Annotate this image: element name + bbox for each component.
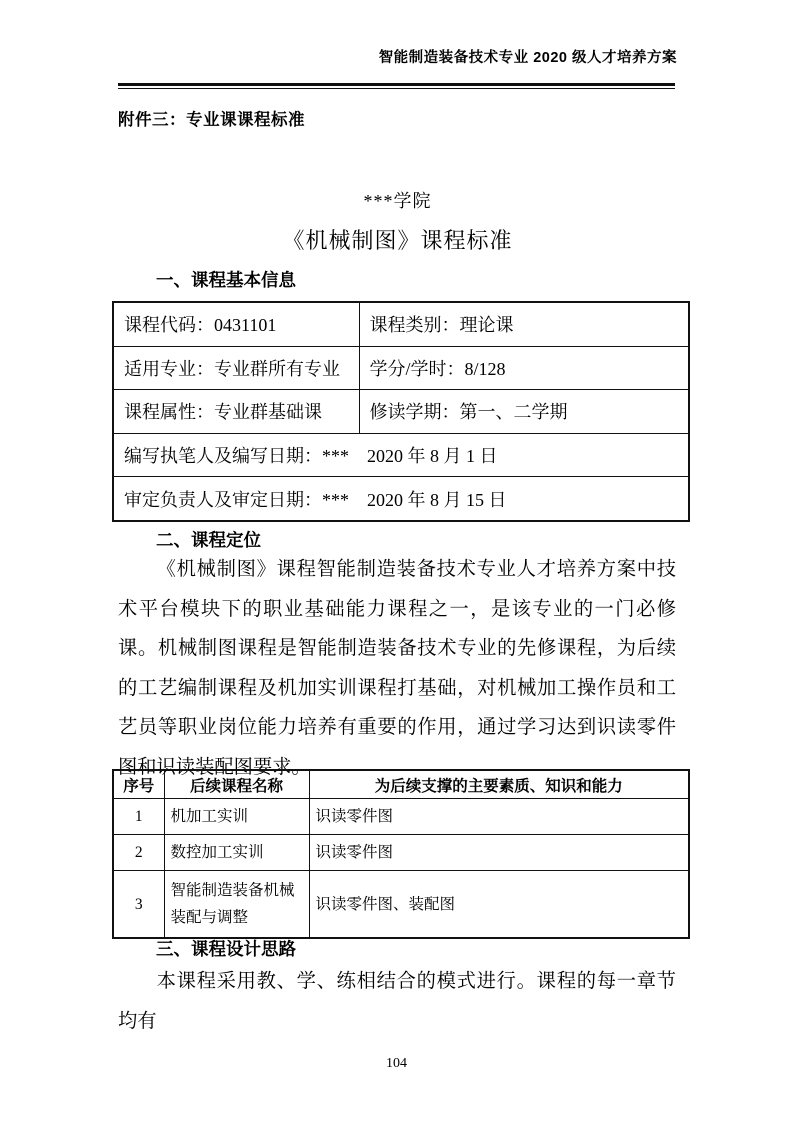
cell-support: 识读零件图、装配图 [309,871,689,939]
info-cell-course-category: 课程类别：理论课 [359,302,689,346]
document-page: 智能制造装备技术专业 2020 级人才培养方案 附件三：专业课课程标准 ***学… [0,0,793,1122]
cell-seq-no: 1 [113,799,164,835]
follow-up-course-table: 序号 后续课程名称 为后续支撑的主要素质、知识和能力 1 机加工实训 识读零件图… [112,769,690,939]
cell-support: 识读零件图 [309,799,689,835]
course-positioning-paragraph: 《机械制图》课程智能制造装备技术专业人才培养方案中技术平台模块下的职业基础能力课… [118,550,676,788]
cell-seq-no: 2 [113,835,164,871]
info-cell-semester: 修读学期：第一、二学期 [359,390,689,434]
attachment-heading: 附件三：专业课课程标准 [118,106,305,130]
info-cell-reviewer-date: 审定负责人及审定日期：*** 2020 年 8 月 15 日 [113,477,689,521]
table-row: 课程代码：0431101 课程类别：理论课 [113,302,689,346]
header-divider-rule [118,83,675,89]
table-row: 课程属性：专业群基础课 修读学期：第一、二学期 [113,390,689,434]
cell-course-name: 机加工实训 [164,799,309,835]
cell-seq-no: 3 [113,871,164,939]
section-heading-course-design: 三、课程设计思路 [118,936,677,961]
page-header-title: 智能制造装备技术专业 2020 级人才培养方案 [118,46,677,67]
table-row: 3 智能制造装备机械装配与调整 识读零件图、装配图 [113,871,689,939]
info-cell-author-date: 编写执笔人及编写日期：*** 2020 年 8 月 1 日 [113,433,689,477]
info-cell-applicable-majors: 适用专业：专业群所有专业 [113,346,359,390]
table-header-row: 序号 后续课程名称 为后续支撑的主要素质、知识和能力 [113,770,689,799]
page-number: 104 [0,1056,793,1072]
course-info-table: 课程代码：0431101 课程类别：理论课 适用专业：专业群所有专业 学分/学时… [112,301,690,522]
cell-course-name: 数控加工实训 [164,835,309,871]
col-header-support: 为后续支撑的主要素质、知识和能力 [309,770,689,799]
info-cell-credits-hours: 学分/学时：8/128 [359,346,689,390]
cell-course-name: 智能制造装备机械装配与调整 [164,871,309,939]
course-design-paragraph: 本课程采用教、学、练相结合的模式进行。课程的每一章节均有 [118,962,676,1041]
col-header-seq-no: 序号 [113,770,164,799]
table-row: 1 机加工实训 识读零件图 [113,799,689,835]
info-cell-course-code: 课程代码：0431101 [113,302,359,346]
table-row: 编写执笔人及编写日期：*** 2020 年 8 月 1 日 [113,433,689,477]
table-row: 适用专业：专业群所有专业 学分/学时：8/128 [113,346,689,390]
document-title: 《机械制图》课程标准 [118,224,677,255]
section-heading-basic-info: 一、课程基本信息 [118,267,677,292]
section-heading-course-positioning: 二、课程定位 [118,527,677,552]
cell-support: 识读零件图 [309,835,689,871]
institution-name: ***学院 [118,187,677,213]
col-header-course-name: 后续课程名称 [164,770,309,799]
info-cell-course-attribute: 课程属性：专业群基础课 [113,390,359,434]
table-row: 2 数控加工实训 识读零件图 [113,835,689,871]
table-row: 审定负责人及审定日期：*** 2020 年 8 月 15 日 [113,477,689,521]
